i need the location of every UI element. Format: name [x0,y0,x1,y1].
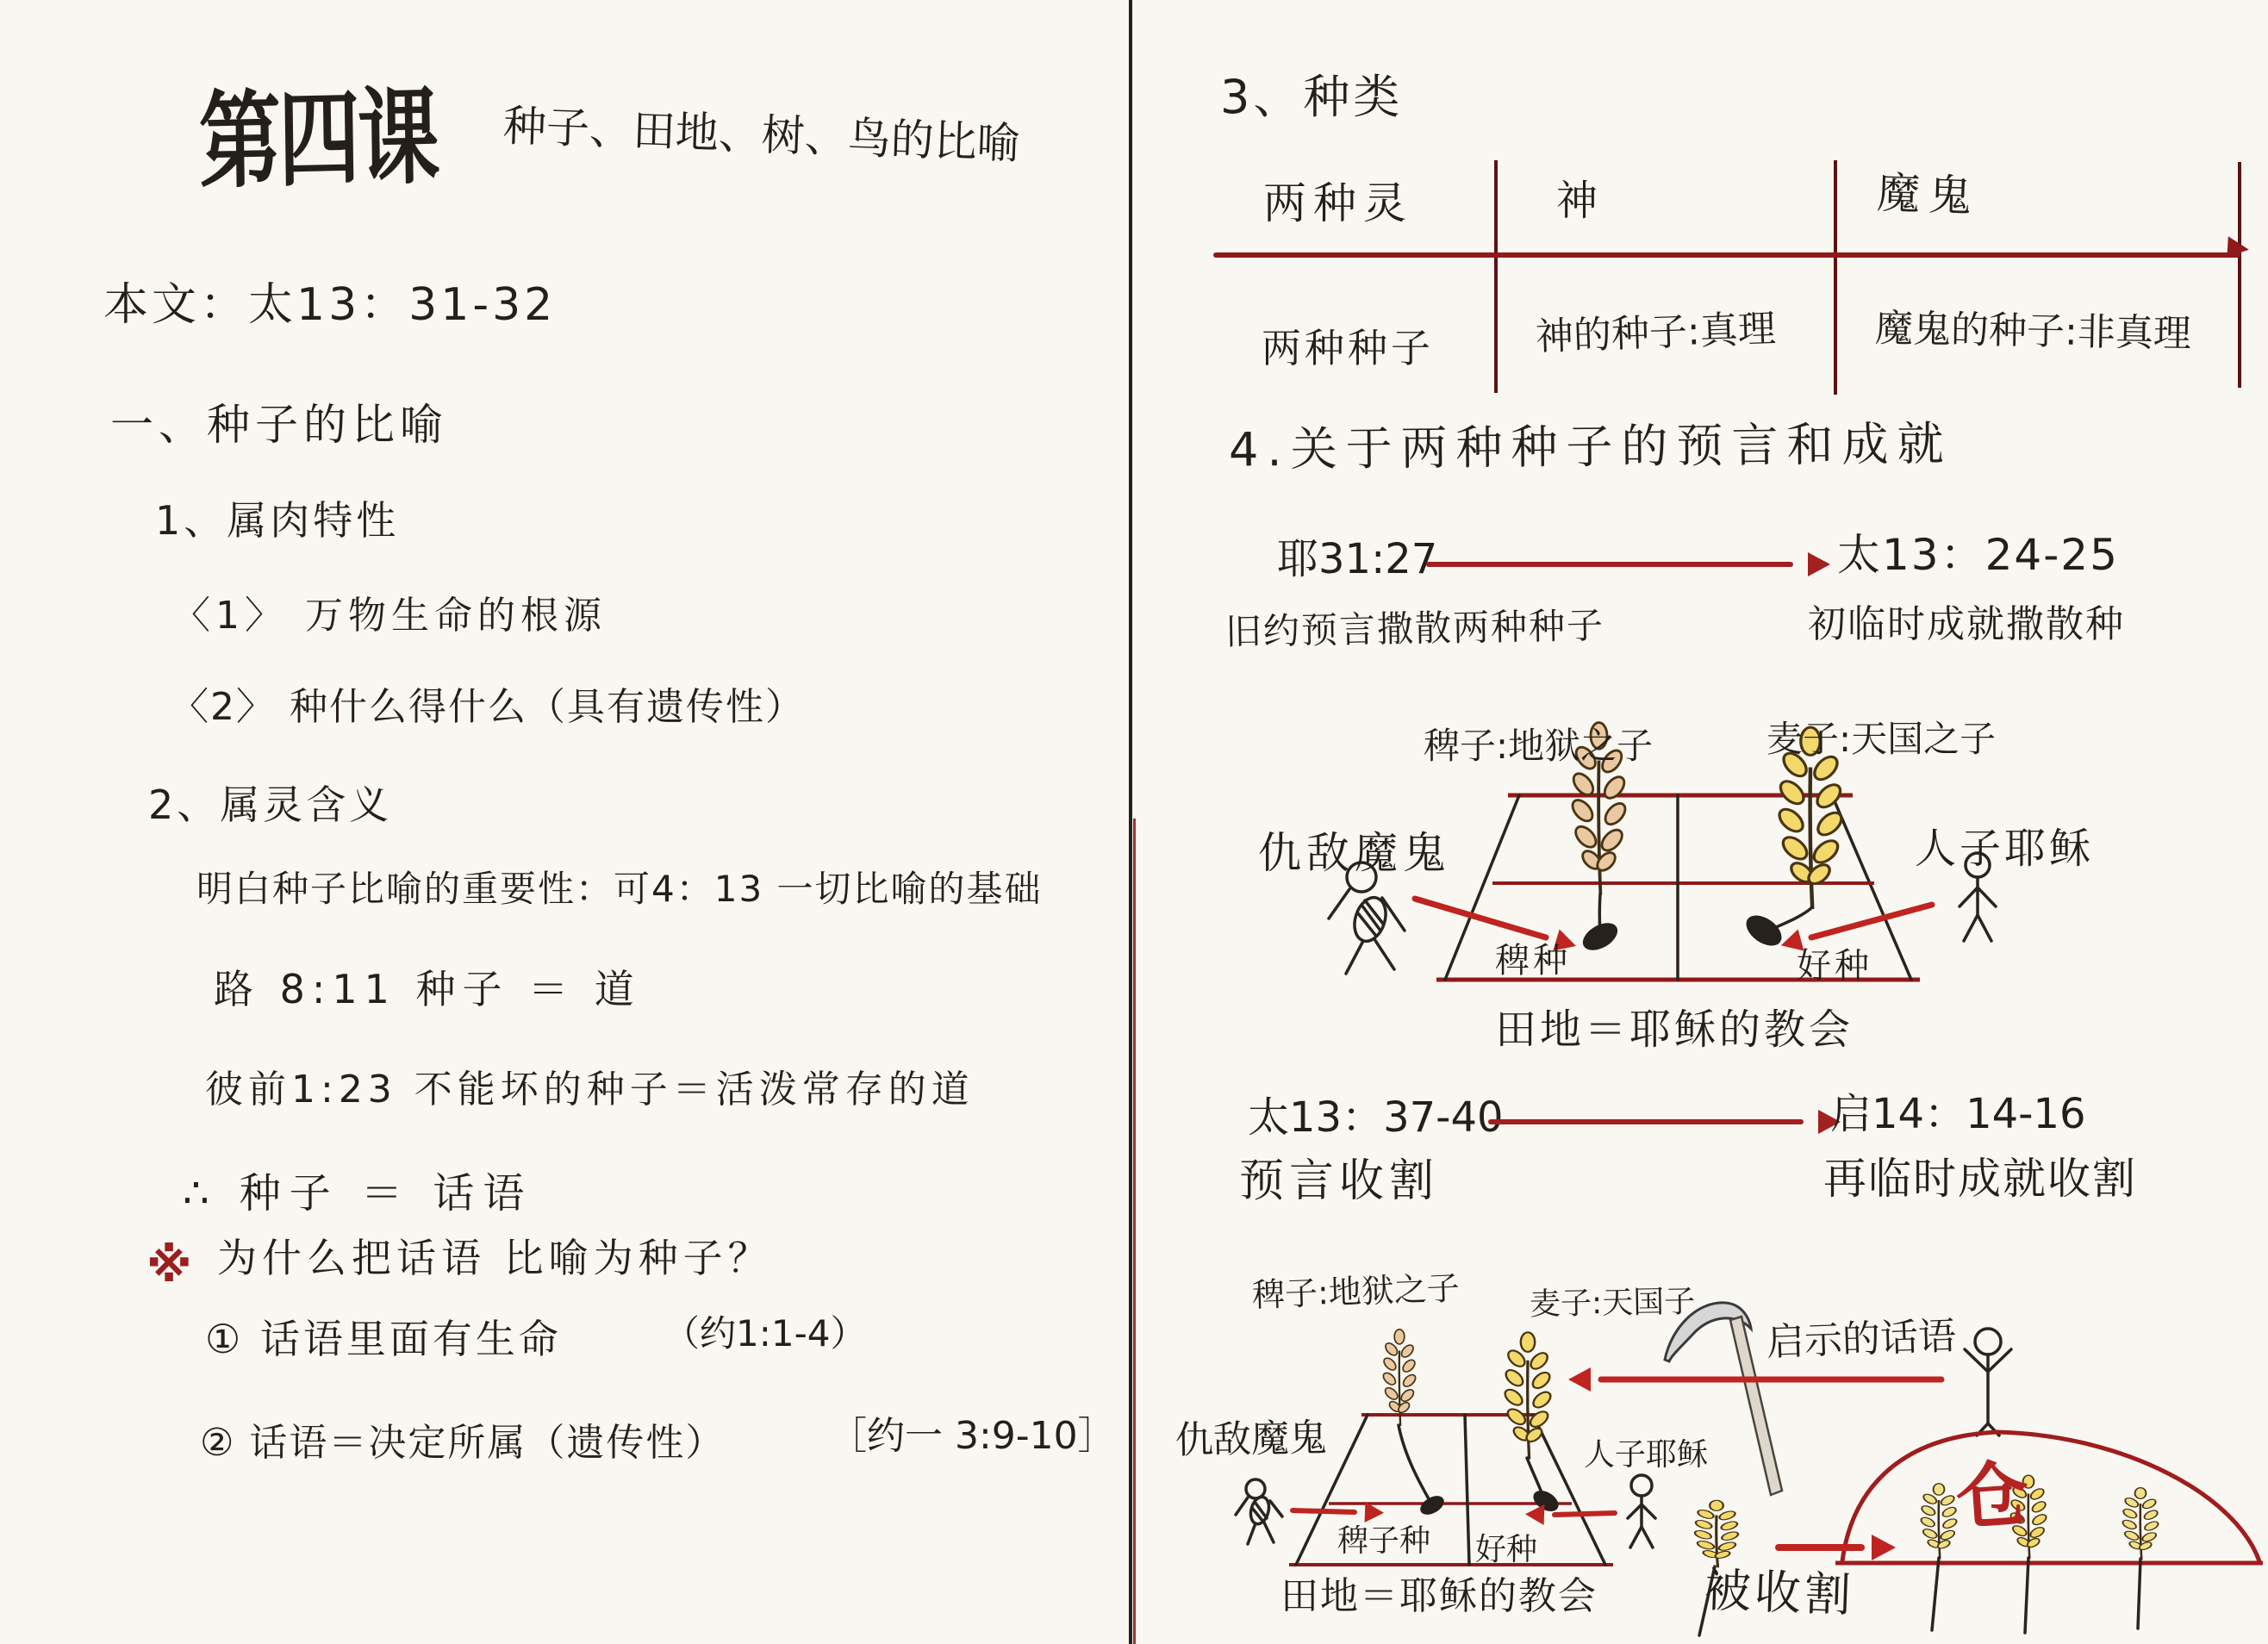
field2-center-line [1465,1415,1469,1565]
reference-mark-icon: ※ [146,1239,192,1292]
tare-stalk-icon [1381,1330,1418,1426]
answer-1: ① 话语里面有生命 [205,1317,562,1362]
diagram1-enemy-label: 仇敌魔鬼 [1258,829,1451,879]
barn-dome-icon [1835,1432,2263,1563]
jesus-sow-arrow-icon [1525,1504,1615,1525]
diagram1-tare-label: 稗子:地狱之子 [1424,725,1653,767]
point-1-sub-1: 〈1〉 万物生命的根源 [172,595,607,638]
prophecy-2-to-caption: 再临时成就收割 [1823,1155,2137,1205]
tare-seed-icon [1417,1492,1448,1519]
point-2-line-2: 路 8:11 种子 ＝ 道 [214,967,641,1012]
table-cell-two-spirits: 两种灵 [1263,179,1413,229]
section-1-heading: 一、种子的比喻 [110,401,448,451]
diagram1-wheat-label: 麦子:天国之子 [1766,719,1996,760]
diagram1-jesus-label: 人子耶稣 [1915,825,2094,873]
diagram2-tare-seed-label: 稗子种 [1337,1523,1430,1559]
notebook-page: 第四课 种子、田地、树、鸟的比喻 本文：太13：31-32 一、种子的比喻 1、… [0,0,2268,1644]
diagram2-revelation-label: 启示的话语 [1766,1315,1957,1365]
diagram2-caption: 田地＝耶稣的教会 [1280,1575,1598,1619]
diagram2-jesus-label: 人子耶稣 [1584,1437,1708,1473]
column-divider-red [1133,819,1136,1644]
barn-arrow-icon [1779,1535,1896,1560]
table-cell-god-seed: 神的种子:真理 [1535,308,1776,359]
jesus-figure-icon [1628,1475,1655,1547]
question-line: 为什么把话语 比喻为种子？ [217,1236,773,1281]
diagram2-enemy-label: 仇敌魔鬼 [1175,1417,1328,1463]
answer-1-reference: （约1:1-4） [664,1313,866,1354]
tare-stem [1399,1425,1430,1502]
devil-figure-icon [1236,1479,1282,1544]
prophecy-2-arrow-icon [1486,1101,1831,1144]
table-col-divider-1 [1494,160,1498,393]
good-seed-icon [1741,909,1787,951]
diagram2-harvested-label: 被收割 [1704,1564,1855,1622]
point-2-line-1: 明白种子比喻的重要性：可4：13 一切比喻的基础 [196,869,1043,910]
table-col-divider-2 [1834,160,1837,395]
diagram2-tare-label: 稗子:地狱之子 [1251,1270,1460,1315]
prophecy-2-from-caption: 预言收割 [1239,1156,1439,1208]
diagram1-caption: 田地＝耶稣的教会 [1495,1006,1854,1054]
table-rule-arrow-icon [2227,234,2268,277]
lesson-title: 第四课 [198,77,438,202]
diagram2-good-seed-label: 好种 [1475,1532,1537,1567]
prophecy-1-from-caption: 旧约预言撒散两种种子 [1225,605,1605,653]
table-cell-devil-seed: 魔鬼的种子:非真理 [1875,308,2192,357]
barn-wheat-icon [1918,1484,1959,1559]
point-2-heading: 2、属灵含义 [148,782,392,828]
barn-wheat-icon [2120,1488,2160,1560]
devil-figure-icon [1329,862,1405,974]
table-header-rule [1213,252,2240,258]
answer-2-reference: ［约一 3:9-10］ [829,1415,1116,1459]
reaper-figure-icon [1965,1329,2011,1435]
conclusion-line: ∴ 种子 ＝ 话语 [183,1170,533,1217]
scripture-reference: 本文：太13：31-32 [103,280,556,332]
table-cell-god: 神 [1556,177,1598,225]
diagram1-good-seed-label: 好种 [1797,946,1872,986]
prophecy-1-arrow-icon [1422,543,1827,586]
barn-label: 仓 [1953,1452,2032,1540]
column-divider [1129,0,1132,1644]
prophecy-1-to-ref: 太13：24-25 [1837,531,2119,581]
point-1-sub-2: 〈2〉 种什么得什么（具有遗传性） [171,686,805,730]
diagram2-wheat-label: 麦子:天国子 [1530,1284,1696,1323]
barn-wheat-stems [1932,1558,2140,1633]
table-cell-devil: 魔鬼 [1876,169,1981,222]
point-2-line-3: 彼前1:23 不能坏的种子＝活泼常存的道 [205,1068,975,1112]
prophecy-2-to-ref: 启14：14-16 [1830,1091,2086,1138]
lesson-subtitle: 种子、田地、树、鸟的比喻 [502,102,1021,169]
table-cell-two-seeds: 两种种子 [1262,326,1434,371]
section-3-heading: 3、种类 [1220,71,1403,124]
section-4-heading: 4.关于两种种子的预言和成就 [1229,417,1953,476]
diagram1-tare-seed-label: 稗种 [1495,941,1571,981]
answer-2: ② 话语＝决定所属（遗传性） [200,1422,725,1466]
prophecy-1-to-caption: 初临时成就撒散种 [1808,603,2125,647]
point-1-heading: 1、属肉特性 [155,498,399,544]
prophecy-2-from-ref: 太13：37-40 [1248,1094,1504,1142]
harvested-wheat-icon [1692,1500,1741,1567]
prophecy-1-from-ref: 耶31:27 [1277,536,1437,583]
